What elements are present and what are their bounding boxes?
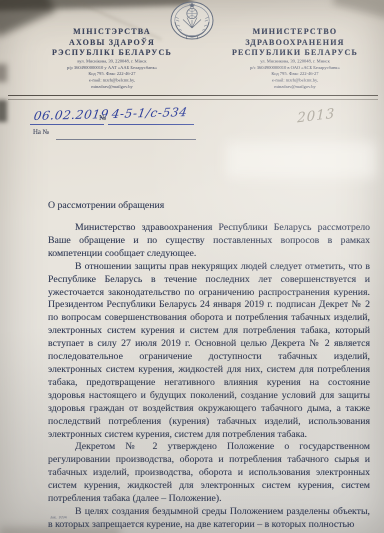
org-name-line: МИНИСТЕРСТВО — [205, 27, 384, 38]
letterhead-divider — [8, 95, 378, 100]
org-name-line: ЗДРАВООХРАНЕНИЯ — [205, 38, 384, 49]
paragraph: В отношении защиты прав некурящих людей … — [48, 261, 370, 442]
org-name-belarusian: МІНІСТЭРСТВА АХОВЫ ЗДАРОЎЯ РЭСПУБЛІКІ БЕ… — [22, 27, 202, 59]
letter-subject: О рассмотрении обращения — [48, 200, 164, 211]
address-line: minzdrav@mailgov.by — [40, 84, 184, 90]
org-address-belarusian: вул. Мяснікова, 39, 220048, г. Мінск р/р… — [40, 59, 184, 90]
letter-body: Министерство здравоохранения Республики … — [48, 222, 370, 532]
address-line: minzdrav@mailgov.by — [223, 84, 367, 90]
scan-artifact — [332, 0, 384, 19]
org-name-line: МІНІСТЭРСТВА — [22, 27, 202, 38]
paragraph: В целях создания бездымной среды Положен… — [48, 506, 370, 532]
scanned-letter-page: МІНІСТЭРСТВА АХОВЫ ЗДАРОЎЯ РЭСПУБЛІКІ БЕ… — [0, 0, 384, 533]
number-sign-label: № — [99, 113, 106, 122]
ink-underline — [30, 124, 104, 125]
corner-pencil-note: 2013 — [297, 106, 335, 127]
scan-artifact — [226, 142, 376, 178]
org-name-russian: МИНИСТЕРСТВО ЗДРАВООХРАНЕНИЯ РЕСПУБЛИКИ … — [205, 27, 384, 59]
org-name-line: РЭСПУБЛІКІ БЕЛАРУСЬ — [22, 48, 202, 59]
on-number-label: На № — [33, 129, 49, 136]
scan-artifact — [0, 64, 7, 82]
org-name-line: РЕСПУБЛИКИ БЕЛАРУСЬ — [205, 48, 384, 59]
paragraph: Министерство здравоохранения Республики … — [48, 222, 370, 261]
print-order-code: Зак. 1094 — [50, 516, 67, 520]
scan-artifact — [0, 0, 192, 11]
on-number-blank-line — [56, 139, 196, 140]
org-address-russian: ул. Мясникова, 39, 220048, г. Минск р/с … — [223, 59, 367, 90]
scan-artifact — [0, 100, 7, 122]
outgoing-number-handwritten: 4-5-1/с-534 — [111, 105, 189, 121]
paragraph: Декретом № 2 утверждено Положение о госу… — [48, 441, 370, 506]
org-name-line: АХОВЫ ЗДАРОЎЯ — [22, 38, 202, 49]
ink-underline — [108, 124, 194, 125]
